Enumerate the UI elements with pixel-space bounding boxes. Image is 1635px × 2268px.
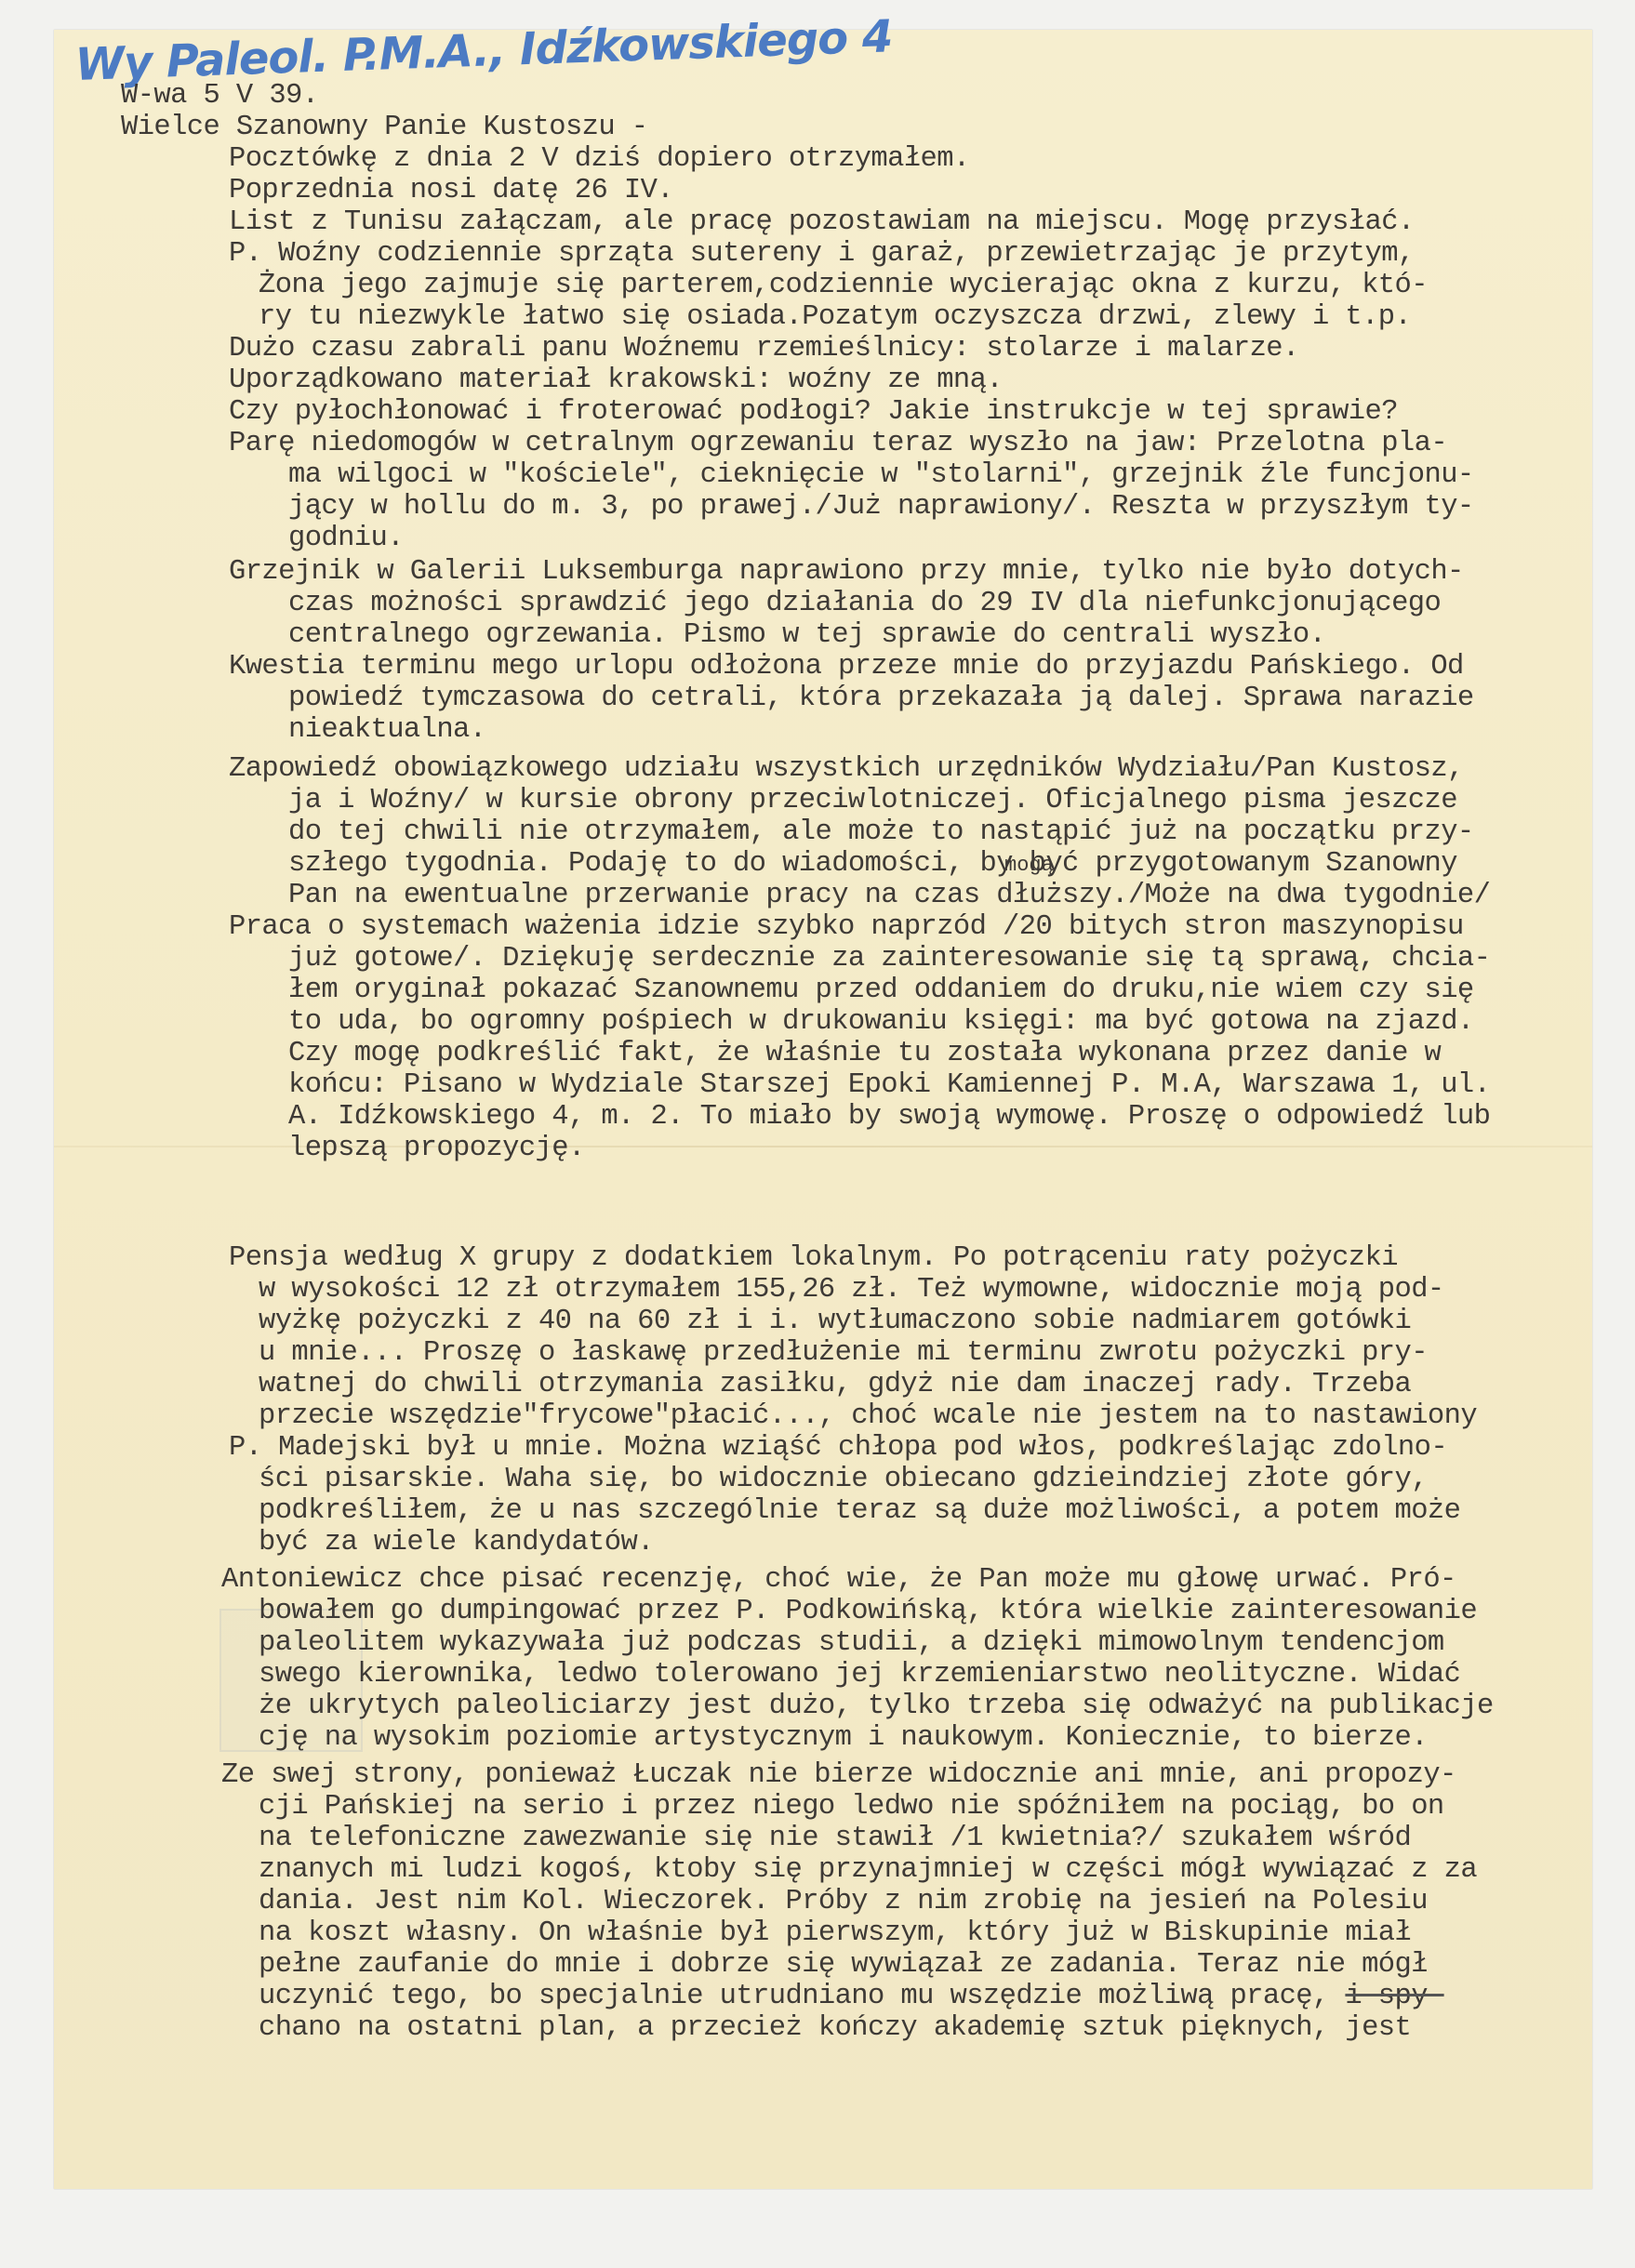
text-line: końcu: Pisano w Wydziale Starszej Epoki … <box>288 1069 1490 1101</box>
text-line: Dużo czasu zabrali panu Woźnemu rzemieśl… <box>229 333 1299 365</box>
text-line: pełne zaufanie do mnie i dobrze się wywi… <box>259 1949 1428 1981</box>
text-line: przecie wszędzie"frycowe"płacić..., choć… <box>259 1400 1477 1432</box>
text-line: cji Pańskiej na serio i przez niego ledw… <box>259 1791 1444 1823</box>
text-line: ja i Woźny/ w kursie obrony przeciwlotni… <box>288 785 1457 816</box>
text-line: ma wilgoci w "kościele", cieknięcie w "s… <box>288 459 1474 491</box>
text-line: A. Idźkowskiego 4, m. 2. To miało by swo… <box>288 1101 1490 1133</box>
text-line: W-wa 5 V 39. <box>121 80 318 112</box>
text-line: ści pisarskie. Waha się, bo widocznie ob… <box>259 1464 1428 1495</box>
text-line: dania. Jest nim Kol. Wieczorek. Próby z … <box>259 1886 1428 1917</box>
text-line: bowałem go dumpingować przez P. Podkowiń… <box>259 1596 1477 1627</box>
text-line: Wielce Szanowny Panie Kustoszu - <box>121 112 648 143</box>
text-line: w wysokości 12 zł otrzymałem 155,26 zł. … <box>259 1274 1444 1306</box>
text-line: Żona jego zajmuje się parterem,codzienni… <box>259 270 1428 301</box>
text-line: Grzejnik w Galerii Luksemburga naprawion… <box>229 556 1464 588</box>
text-line: Zapowiedź obowiązkowego udziału wszystki… <box>229 753 1464 785</box>
text-line: Pensja według X grupy z dodatkiem lokaln… <box>229 1242 1398 1274</box>
text-line: Praca o systemach ważenia idzie szybko n… <box>229 911 1464 943</box>
text-line: P. Madejski był u mnie. Można wziąść chł… <box>229 1432 1447 1464</box>
text-line: wyżkę pożyczki z 40 na 60 zł i i. wytłum… <box>259 1306 1411 1337</box>
text-line: godniu. <box>288 523 404 554</box>
text-line: do tej chwili nie otrzymałem, ale może t… <box>288 816 1474 848</box>
text-line: Uporządkowano materiał krakowski: woźny … <box>229 365 1003 396</box>
paper-fold-line <box>54 1146 1592 1147</box>
text-line: już gotowe/. Dziękuję serdecznie za zain… <box>288 943 1490 975</box>
text-line: Pocztówkę z dnia 2 V dziś dopiero otrzym… <box>229 143 970 175</box>
text-line: być za wiele kandydatów. <box>259 1527 654 1558</box>
text-line: Poprzednia nosi datę 26 IV. <box>229 175 673 206</box>
text-line: uczynić tego, bo specjalnie utrudniano m… <box>259 1981 1444 2012</box>
text-line: podkreśliłem, że u nas szczególnie teraz… <box>259 1495 1460 1527</box>
text-line: Antoniewicz chce pisać recenzję, choć wi… <box>221 1564 1456 1596</box>
text-line: lepszą propozycję. <box>288 1133 585 1164</box>
text-line: na koszt własny. On właśnie był pierwszy… <box>259 1917 1411 1949</box>
text-line: Kwestia terminu mego urlopu odłożona prz… <box>229 651 1464 683</box>
text-line: Parę niedomogów w cetralnym ogrzewaniu t… <box>229 428 1447 459</box>
text-line: znanych mi ludzi kogoś, ktoby się przyna… <box>259 1854 1477 1886</box>
text-line: centralnego ogrzewania. Pismo w tej spra… <box>288 619 1325 651</box>
text-line: szłego tygodnia. Podaję to do wiadomości… <box>288 848 1457 880</box>
text-line: ry tu niezwykle łatwo się osiada.Pozatym… <box>259 301 1411 333</box>
text-line: Ze swej strony, ponieważ Łuczak nie bier… <box>221 1759 1456 1791</box>
text-line: na telefoniczne zawezwanie się nie stawi… <box>259 1823 1411 1854</box>
text-line: chano na ostatni plan, a przecież kończy… <box>259 2012 1411 2044</box>
text-line: List z Tunisu załączam, ale pracę pozost… <box>229 206 1415 238</box>
text-line: jący w hollu do m. 3, po prawej./Już nap… <box>288 491 1474 523</box>
text-line: to uda, bo ogromny pośpiech w drukowaniu… <box>288 1006 1474 1038</box>
text-line: Czy mogę podkreślić fakt, że właśnie tu … <box>288 1038 1441 1069</box>
text-line: Pan na ewentualne przerwanie pracy na cz… <box>288 880 1490 911</box>
text-line: nieaktualna. <box>288 714 485 746</box>
text-line: cję na wysokim poziomie artystycznym i n… <box>259 1722 1428 1754</box>
text-line: swego kierownika, ledwo tolerowano jej k… <box>259 1659 1460 1691</box>
text-line: powiedź tymczasowa do cetrali, która prz… <box>288 683 1474 714</box>
text-line: paleolitem wykazywała już podczas studii… <box>259 1627 1444 1659</box>
text-line: łem oryginał pokazać Szanownemu przed od… <box>288 975 1474 1006</box>
text-line: u mnie... Proszę o łaskawę przedłużenie … <box>259 1337 1428 1369</box>
interlinear-correction: mogą <box>1004 854 1054 877</box>
text-line: Czy pyłochłonować i froterować podłogi? … <box>229 396 1398 428</box>
text-line: P. Woźny codziennie sprząta sutereny i g… <box>229 238 1415 270</box>
text-line: czas możności sprawdzić jego działania d… <box>288 588 1441 619</box>
text-line: watnej do chwili otrzymania zasiłku, gdy… <box>259 1369 1411 1400</box>
text-line: że ukrytych paleoliciarzy jest dużo, tyl… <box>259 1691 1494 1722</box>
